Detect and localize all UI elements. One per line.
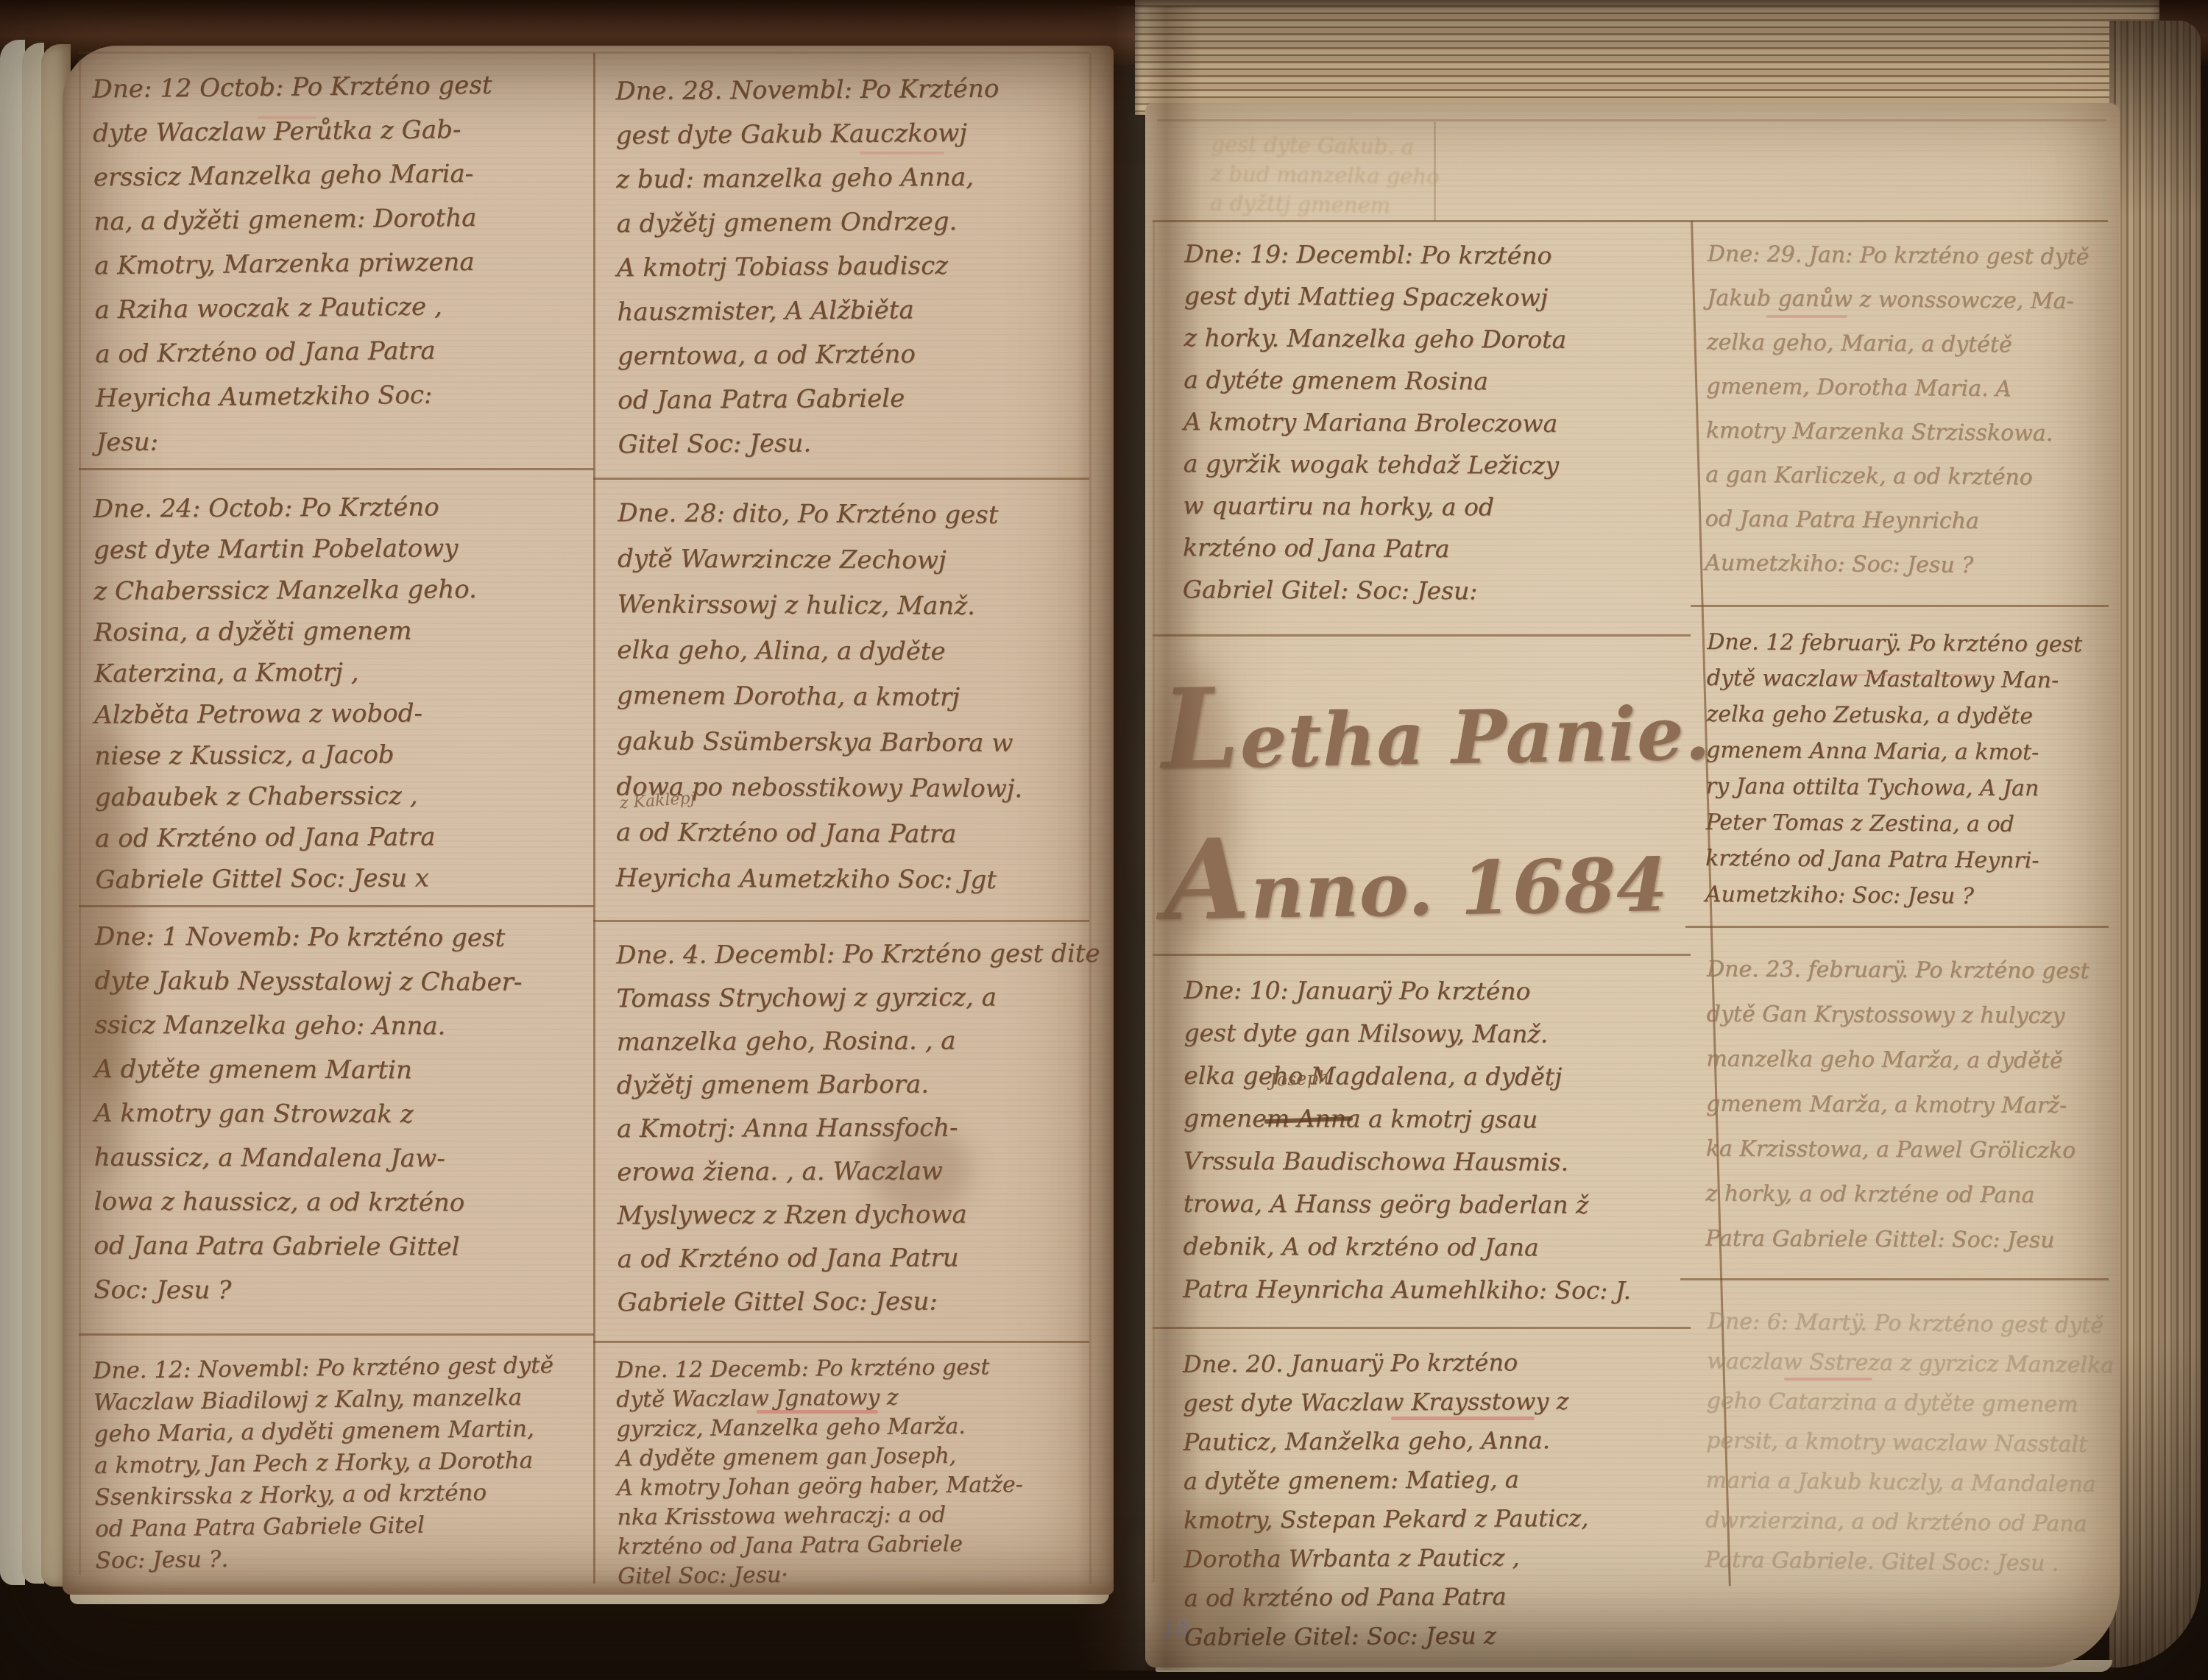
- entry-line: kmotry, Sstepan Pekard z Pauticz,: [1183, 1498, 1678, 1540]
- entry-line: gest dyti Mattieg Spaczekowj: [1184, 274, 1679, 319]
- red-underline: [258, 116, 316, 119]
- entry-line: kmotry Marzenka Strzisskowa.: [1705, 409, 2112, 457]
- entry-line: z horky. Manzelka geho Dorota: [1183, 316, 1678, 361]
- entry-line: nka Krisstowa wehraczj: a od: [617, 1499, 1099, 1533]
- entry-line: Gabriel Gitel: Soc: Jesu:: [1183, 568, 1677, 613]
- entry-line: Dne. 28. Novembl: Po Krzténo: [615, 66, 1097, 114]
- entry-line: dwrzierzina, a od krzténo od Pana: [1705, 1500, 2112, 1545]
- entry-line: Aumetzkiho: Soc: Jesu ?: [1705, 876, 2112, 915]
- register-entry: Dne: 6: Martÿ. Po krzténo gest dytěwaczl…: [1705, 1302, 2114, 1584]
- entry-line: Wenkirssowj z hulicz, Manž.: [617, 581, 1099, 629]
- entry-line: Patra Gabriele Gittel: Soc: Jesu: [1705, 1216, 2112, 1263]
- entry-line: Dne: 1 Novemb: Po krzténo gest: [95, 915, 582, 960]
- entry-line: hauszmister, A Alžbiěta: [617, 287, 1099, 335]
- entry-line: dytě Wawrzincze Zechowj: [618, 536, 1100, 584]
- entry-line: od Jana Patra Gabriele: [618, 375, 1100, 423]
- row-rule: [1153, 634, 1691, 637]
- entry-line: elka geho Magdalena, a dydětj: [1183, 1055, 1678, 1099]
- entry-line: Gabriele Gittel Soc: Jesu:: [618, 1280, 1100, 1325]
- page-number: 18: [1160, 1615, 1191, 1643]
- entry-line: lowa z haussicz, a od krzténo: [93, 1180, 581, 1225]
- entry-line: Dne. 20. Januarÿ Po krzténo: [1183, 1342, 1677, 1384]
- entry-line: Dne. 12 februarÿ. Po krzténo gest: [1707, 624, 2113, 663]
- register-entry: Dne. 23. februarÿ. Po krzténo gestdytě G…: [1705, 947, 2113, 1263]
- entry-line: gakub Ssümberskya Barbora w: [617, 718, 1099, 766]
- row-rule: [1153, 220, 2108, 222]
- entry-line: trowa, A Hanss geörg baderlan ž: [1183, 1183, 1678, 1227]
- entry-line: Dne: 6: Martÿ. Po krzténo gest dytě: [1707, 1302, 2114, 1346]
- entry-line: Heyricha Aumetzkiho Soc:: [96, 372, 584, 421]
- entry-line: dyte Jakub Neysstalowj z Chaber-: [95, 959, 582, 1004]
- year-heading-line: Letha Panie.: [1160, 652, 1677, 812]
- manuscript-scan: gest dyte Gakub. az bud manzelka gehoa d…: [0, 0, 2208, 1680]
- entry-line: A kmotrj Tobiass baudiscz: [617, 243, 1099, 291]
- year-heading: Letha Panie. Anno. 1684: [1160, 652, 1680, 963]
- entry-line: gmenem Marža, a kmotry Marž-: [1706, 1082, 2112, 1129]
- entry-line: dyte Waczlaw Perůtka z Gab-: [93, 107, 581, 156]
- entry-line: A dyděte gmenem gan Joseph,: [617, 1440, 1099, 1474]
- entry-line: Dne. 4. Decembl: Po Krzténo gest dite: [616, 932, 1098, 977]
- entry-line: zelka geho, Maria, a dytétě: [1707, 321, 2114, 369]
- entry-line: Dne. 23. februarÿ. Po krzténo gest: [1707, 947, 2113, 994]
- entry-line: Patra Heynricha Aumehlkiho: Soc: J.: [1183, 1268, 1677, 1312]
- entry-line: debnik, A od krzténo od Jana: [1183, 1225, 1677, 1269]
- entry-line: gmenem Anna Maria, a kmot-: [1706, 732, 2112, 771]
- entry-line: a gyržik wogak tehdaž Ležiczy: [1183, 442, 1678, 487]
- red-underline: [860, 152, 944, 155]
- entry-line: a Kmotry, Marzenka priwzena: [94, 239, 582, 288]
- register-entry: Dne: 29. Jan: Po krzténo gest dytěJakub …: [1705, 233, 2114, 589]
- entry-line: krzténo od Jana Patra Heynri-: [1705, 840, 2112, 879]
- entry-line: Myslywecz z Rzen dychowa: [617, 1193, 1099, 1238]
- row-rule: [1157, 119, 2106, 121]
- entry-line: gest dyte Martin Pobelatowy: [93, 527, 581, 570]
- register-entry: Dne. 24: Octob: Po Krzténogest dyte Mart…: [93, 486, 583, 900]
- entry-line: Dne: 29. Jan: Po krzténo gest dytě: [1708, 233, 2115, 280]
- entry-line: od Jana Patra Heynricha: [1705, 497, 2112, 545]
- entry-line: gest dyte gan Milsowy, Manž.: [1183, 1012, 1678, 1056]
- entry-line: A kmotry Johan geörg haber, Matže-: [617, 1470, 1099, 1503]
- entry-line: Aumetzkiho: Soc: Jesu ?: [1705, 542, 2112, 589]
- entry-line: Patra Gabriele. Gitel Soc: Jesu .: [1705, 1540, 2112, 1584]
- entry-line: A kmotry gan Strowzak z: [94, 1091, 581, 1137]
- entry-line: Pauticz, Manželka geho, Anna.: [1183, 1420, 1677, 1462]
- entry-line: od Jana Patra Gabriele Gittel: [93, 1224, 581, 1269]
- entry-line: ry Jana ottilta Tychowa, A Jan: [1706, 768, 2112, 807]
- entry-line: zelka geho Zetuska, a dyděte: [1706, 696, 2112, 735]
- entry-line: dyžětj gmenem Barbora.: [617, 1063, 1099, 1107]
- entry-line: ssicz Manzelka geho: Anna.: [94, 1003, 581, 1049]
- entry-line: a od Krzténo od Jana Patra: [616, 809, 1098, 857]
- entry-line: niese z Kussicz, a Jacob: [94, 733, 581, 776]
- entry-line: dytě waczlaw Mastaltowy Man-: [1707, 660, 2113, 699]
- entry-line: a kmotry, Jan Pech z Horky, a Dorotha: [94, 1445, 581, 1482]
- register-entry: Dne. 12 Decemb: Po krzténo gestdytě Wacz…: [616, 1352, 1100, 1592]
- row-rule: [1680, 1278, 2109, 1280]
- row-rule: [1153, 1327, 1691, 1329]
- entry-line: Katerzina, a Kmotrj ,: [94, 651, 581, 694]
- entry-line: a gan Karliczek, a od krzténo: [1705, 453, 2112, 501]
- entry-line: Dorotha Wrbanta z Pauticz ,: [1183, 1537, 1678, 1579]
- entry-line: Dne: 10: Januarÿ Po krzténo: [1184, 969, 1679, 1013]
- entry-line: gmenem, Dorotha Maria. A: [1706, 365, 2113, 413]
- entry-line: manzelka geho Marža, a dydětě: [1706, 1037, 2112, 1084]
- column-border: [1153, 221, 1155, 1582]
- entry-line: maria a Jakub kuczly, a Mandalena: [1705, 1461, 2112, 1505]
- entry-line: gabaubek z Chaberssicz ,: [95, 774, 582, 818]
- register-entry: Dne. 28. Novembl: Po Krzténogest dyte Ga…: [615, 66, 1100, 467]
- row-rule: [593, 1341, 1089, 1343]
- row-rule: [1691, 605, 2109, 607]
- year-heading-line: Anno. 1684: [1163, 803, 1680, 963]
- entry-line: erowa žiena. , a. Waczlaw: [617, 1149, 1099, 1194]
- entry-line: manzelka geho, Rosina. , a: [616, 1019, 1098, 1064]
- entry-line: Gitel Soc: Jesu·: [618, 1558, 1100, 1592]
- register-entry: Dne. 20. Januarÿ Po krzténogest dyte Wac…: [1183, 1342, 1679, 1657]
- entry-line: ka Krzisstowa, a Pawel Gröliczko: [1706, 1127, 2112, 1174]
- register-entry: Dne. 4. Decembl: Po Krzténo gest diteTom…: [616, 932, 1100, 1325]
- register-entry: Dne. 12 februarÿ. Po krzténo gestdytě wa…: [1705, 624, 2114, 915]
- column-border: [79, 59, 81, 1575]
- entry-line: a dyžětj gmenem Ondrzeg.: [616, 199, 1098, 247]
- entry-line: Dne. 12 Decemb: Po krzténo gest: [616, 1352, 1098, 1386]
- entry-line: gmenem Dorotha, a kmotrj: [617, 673, 1099, 720]
- entry-line: Dne. 28: dito, Po Krzténo gest: [618, 490, 1100, 538]
- red-underline: [1840, 674, 1980, 676]
- red-underline: [1391, 1417, 1535, 1420]
- entry-line: persit, a kmotry waczlaw Nasstalt: [1706, 1421, 2113, 1465]
- entry-line: Gabriele Gittel Soc: Jesu x: [95, 857, 582, 900]
- row-rule: [79, 905, 594, 907]
- entry-line: Dne: 19: Decembl: Po krzténo: [1184, 233, 1679, 277]
- entry-line: Peter Tomas z Zestina, a od: [1705, 804, 2112, 843]
- red-underline: [1766, 315, 1847, 318]
- entry-line: Dne. 24: Octob: Po Krzténo: [93, 486, 581, 529]
- entry-line: Dne: 12 Octob: Po Krzténo gest: [92, 63, 580, 112]
- register-entry: Dne: 1 Novemb: Po krzténo gestdyte Jakub…: [93, 915, 582, 1314]
- entry-line: Tomass Strychowj z gyrzicz, a: [616, 976, 1098, 1021]
- page-edge-stack-top: [1135, 0, 2159, 115]
- red-underline: [1784, 1378, 1872, 1380]
- register-entry: Dne: 19: Decembl: Po krzténogest dyti Ma…: [1183, 233, 1680, 613]
- entry-line: Rosina, a dyžěti gmenem: [93, 609, 581, 653]
- entry-line: waczlaw Sstreza z gyrzicz Manzelka: [1707, 1341, 2114, 1386]
- entry-line: A dytěte gmenem Martin: [94, 1047, 581, 1093]
- entry-line: Jesu:: [96, 416, 584, 465]
- entry-line: a od Krzténo od Jana Patru: [618, 1236, 1100, 1281]
- entry-line: A kmotry Mariana Broleczowa: [1183, 400, 1678, 445]
- entry-line: a Rziha woczak z Pauticze ,: [94, 283, 582, 333]
- row-rule: [79, 52, 1089, 54]
- entry-line: a dyžttj gmenem: [1210, 188, 1623, 224]
- entry-line: Alzběta Petrowa z wobod-: [94, 692, 581, 735]
- page-edge-stack-right: [2109, 21, 2201, 1667]
- row-rule: [593, 478, 1089, 480]
- row-rule: [79, 1333, 594, 1336]
- register-entry: Dne. 28: dito, Po Krzténo gestdytě Wawrz…: [616, 490, 1100, 903]
- entry-line: Heyricha Aumetzkiho Soc: Jgt: [616, 855, 1098, 903]
- register-entry: Dne: 12 Octob: Po Krzténo gestdyte Waczl…: [92, 63, 584, 465]
- row-rule: [79, 468, 594, 470]
- under-pages-left: [0, 40, 25, 1585]
- entry-line: Gabriele Gitel: Soc: Jesu z: [1184, 1615, 1679, 1657]
- row-rule: [1685, 926, 2109, 928]
- entry-line: na, a dyžěti gmenem: Dorotha: [93, 195, 581, 244]
- entry-line: Soc: Jesu ?.: [95, 1539, 582, 1577]
- entry-line: krzténo od Jana Patra Gabriele: [618, 1528, 1100, 1562]
- entry-line: w quartiru na horky, a od: [1183, 484, 1677, 529]
- ghost-text: gest dyte Gakub. az bud manzelka gehoa d…: [1210, 130, 1624, 224]
- entry-line: gmenem Anna a kmotrj gsau: [1183, 1097, 1678, 1141]
- entry-line: elka geho, Alina, a dyděte: [617, 627, 1099, 675]
- entry-line: z Chaberssicz Manzelka geho.: [93, 568, 581, 612]
- entry-line: geho Catarzina a dytěte gmenem: [1706, 1381, 2113, 1425]
- entry-line: haussicz, a Mandalena Jaw-: [94, 1135, 581, 1181]
- entry-line: a dytéte gmenem Rosina: [1183, 358, 1678, 403]
- entry-line: dytě Gan Krystossowy z hulyczy: [1706, 992, 2112, 1039]
- entry-line: a od krzténo od Pana Patra: [1184, 1576, 1679, 1618]
- register-entry: Dne: 10: Januarÿ Po krzténogest dyte gan…: [1183, 969, 1679, 1312]
- entry-line: gerntowa, a od Krzténo: [618, 331, 1100, 379]
- row-rule: [593, 920, 1089, 922]
- entry-line: Gitel Soc: Jesu.: [618, 419, 1100, 467]
- entry-line: krzténo od Jana Patra: [1183, 526, 1677, 571]
- entry-line: a od Krzténo od Jana Patra: [95, 327, 583, 377]
- correction-note: Joseph: [1269, 1067, 1330, 1091]
- entry-line: gyrzicz, Manzelka geho Marža.: [616, 1411, 1098, 1445]
- entry-line: a od Krzténo od Jana Patra: [95, 815, 582, 859]
- entry-line: z horky, a od krzténe od Pana: [1705, 1172, 2112, 1219]
- entry-line: Vrssula Baudischowa Hausmis.: [1183, 1140, 1678, 1184]
- entry-line: a dytěte gmenem: Matieg, a: [1183, 1459, 1678, 1501]
- entry-line: z bud: manzelka geho Anna,: [616, 155, 1098, 202]
- entry-line: a Kmotrj: Anna Hanssfoch-: [617, 1106, 1099, 1151]
- column-divider: [593, 53, 595, 1584]
- entry-line: gest dyte Gakub Kauczkowj: [616, 110, 1098, 158]
- entry-line: Soc: Jesu ?: [93, 1268, 581, 1314]
- entry-line: erssicz Manzelka geho Maria-: [93, 151, 581, 200]
- red-underline: [757, 1410, 878, 1414]
- register-entry: Dne. 12: Novembl: Po krzténo gest dytěWa…: [93, 1350, 583, 1577]
